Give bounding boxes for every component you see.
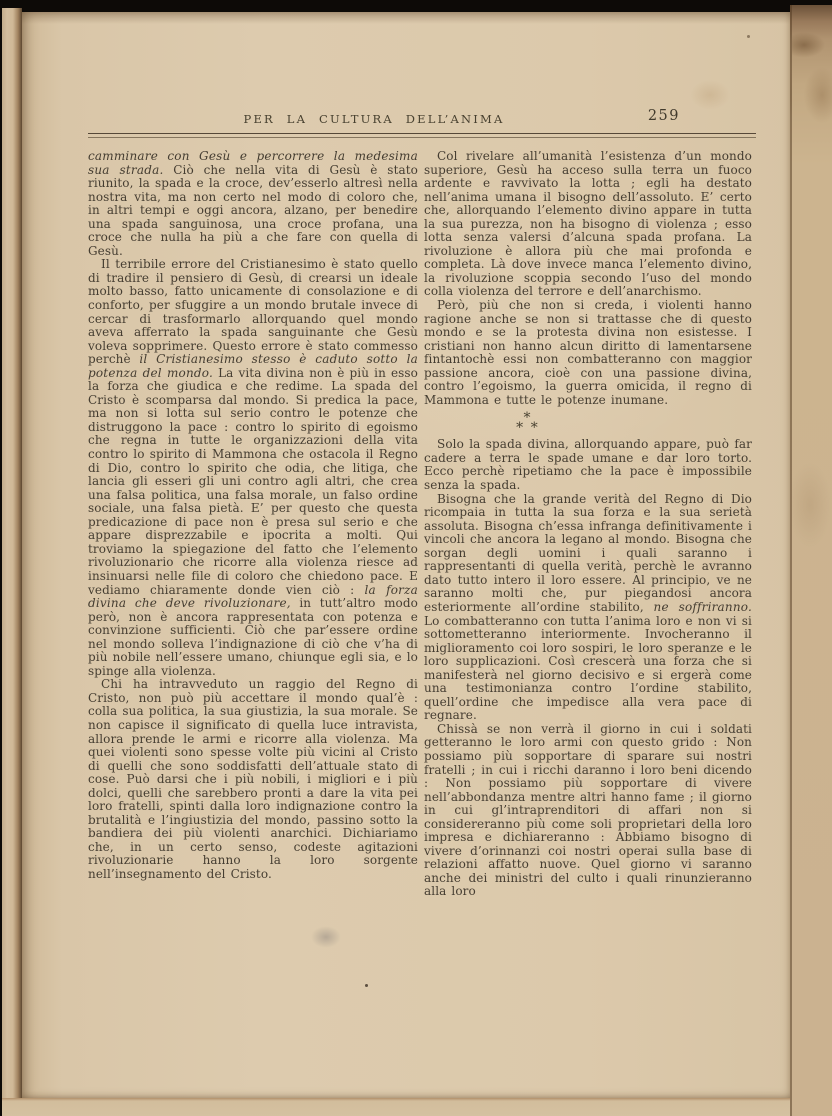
page-number: 259 <box>622 108 680 124</box>
paragraph: Però, più che non si creda, i violenti h… <box>424 299 752 407</box>
paragraph: camminare con Gesù e percorrere la medes… <box>88 150 418 258</box>
paragraph: Chi ha intravveduto un raggio del Regno … <box>88 678 418 881</box>
paragraph: Solo la spada divina, allorquando appare… <box>424 438 752 492</box>
page-bottom-edge <box>2 1098 832 1116</box>
paragraph: Chissà se non verrà il giorno in cui i s… <box>424 723 752 899</box>
paper-speck <box>747 35 750 38</box>
running-title: PER LA CULTURA DELL’ANIMA <box>214 112 534 126</box>
paragraph: Bisogna che la grande verità del Regno d… <box>424 493 752 723</box>
page-header: PER LA CULTURA DELL’ANIMA 259 <box>88 106 756 132</box>
foxing-stain <box>690 80 730 110</box>
column-left: camminare con Gesù e percorrere la medes… <box>88 150 418 882</box>
paragraph: Il terribile errore del Cristianesimo è … <box>88 258 418 678</box>
asterism-divider: ** * <box>510 414 544 433</box>
ink-smudge-stain <box>311 926 341 948</box>
page-fore-edge-right <box>790 5 832 1116</box>
paragraph: Col rivelare all’umanità l’esistenza d’u… <box>424 150 752 299</box>
header-rule <box>88 133 756 138</box>
paper-speck <box>365 984 368 987</box>
column-right: Col rivelare all’umanità l’esistenza d’u… <box>424 150 752 899</box>
underlying-page-edge-left <box>2 8 22 1116</box>
